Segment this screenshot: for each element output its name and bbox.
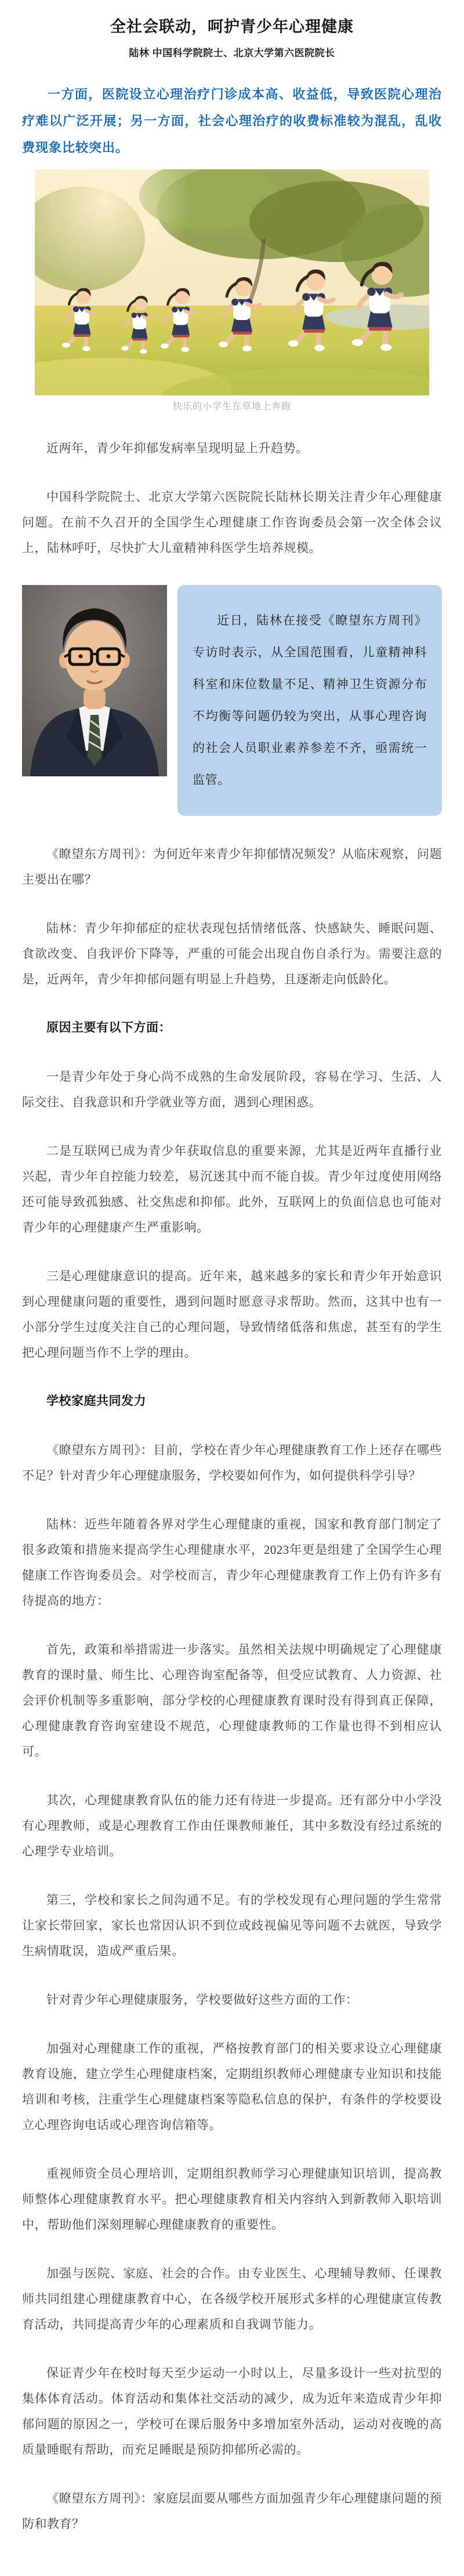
- article-paragraph: 近两年，青少年抑郁发病率呈现明显上升趋势。: [22, 435, 442, 461]
- hero-figure: 快乐的小学生在草地上奔跑: [22, 169, 442, 412]
- article-page: 全社会联动，呵护青少年心理健康 陆林 中国科学院院士、北京大学第六医院院长 一方…: [22, 0, 442, 2576]
- hero-photo: [35, 169, 429, 395]
- article-paragraph: 重视师资全员心理培训，定期组织教师学习心理健康知识培训，提高教师整体心理健康教育…: [22, 2161, 442, 2237]
- hero-caption: 快乐的小学生在草地上奔跑: [22, 399, 442, 412]
- portrait-photo: [22, 585, 167, 776]
- lead-paragraph: 一方面，医院设立心理治疗门诊成本高、收益低，导致医院心理治疗难以广泛开展；另一方…: [22, 81, 442, 161]
- article-paragraph: 陆林：近些年随着各界对学生心理健康的重视，国家和教育部门制定了很多政策和措施来提…: [22, 1512, 442, 1614]
- article-title: 全社会联动，呵护青少年心理健康: [22, 14, 442, 37]
- article-paragraph: 其次，心理健康教育队伍的能力还有待进一步提高。还有部分中小学没有心理教师，或是心…: [22, 1787, 442, 1864]
- article-paragraph: 加强与医院、家庭、社会的合作。由专业医生、心理辅导教师、任课教师共同组建心理健康…: [22, 2261, 442, 2337]
- article-byline: 陆林 中国科学院院士、北京大学第六医院院长: [22, 45, 442, 59]
- section-heading: 原因主要有以下方面：: [22, 1015, 442, 1041]
- article-paragraph: 三是心理健康意识的提高。近年来，越来越多的家长和青少年开始意识到心理健康问题的重…: [22, 1263, 442, 1365]
- quote-text: 近日，陆林在接受《瞭望东方周刊》专访时表示，从全国范围看，儿童精神科科室和床位数…: [193, 605, 427, 796]
- article-paragraph: 针对青少年心理健康服务，学校要做好这些方面的工作：: [22, 1987, 442, 2012]
- article-paragraph: 第三，学校和家长之间沟通不足。有的学校发现有心理问题的学生常常让家长带回家，家长…: [22, 1887, 442, 1964]
- article-paragraph: 二是互联网已成为青少年获取信息的重要来源，尤其是近两年直播行业兴起，青少年自控能…: [22, 1138, 442, 1240]
- portrait-quote-row: 近日，陆林在接受《瞭望东方周刊》专访时表示，从全国范围看，儿童精神科科室和床位数…: [22, 585, 442, 816]
- quote-box: 近日，陆林在接受《瞭望东方周刊》专访时表示，从全国范围看，儿童精神科科室和床位数…: [177, 585, 442, 816]
- article-paragraph: 《瞭望东方周刊》：为何近年来青少年抑郁情况频发？从临床观察，问题主要出在哪？: [22, 841, 442, 892]
- article-paragraph: 陆林：青少年抑郁症的症状表现包括情绪低落、快感缺失、睡眠问题、食欲改变、自我评价…: [22, 915, 442, 992]
- article-paragraph: 中国科学院院士、北京大学第六医院院长陆林长期关注青少年心理健康问题。在前不久召开…: [22, 484, 442, 561]
- article-paragraph: 加强对心理健康工作的重视，严格按教育部门的相关要求设立心理健康教育设施，建立学生…: [22, 2036, 442, 2138]
- article-paragraph: 《瞭望东方周刊》：家庭层面要从哪些方面加强青少年心理健康问题的预防和教育？: [22, 2486, 442, 2537]
- intro-paragraphs: 近两年，青少年抑郁发病率呈现明显上升趋势。中国科学院院士、北京大学第六医院院长陆…: [22, 435, 442, 561]
- article-paragraph: 首先，政策和举措需进一步落实。虽然相关法规中明确规定了心理健康教育的课时量、师生…: [22, 1637, 442, 1764]
- article-paragraph: 《瞭望东方周刊》：目前，学校在青少年心理健康教育工作上还存在哪些不足？针对青少年…: [22, 1437, 442, 1488]
- article-paragraph: 一是青少年处于身心尚不成熟的生命发展阶段，容易在学习、生活、人际交往、自我意识和…: [22, 1064, 442, 1115]
- article-body: 《瞭望东方周刊》：为何近年来青少年抑郁情况频发？从临床观察，问题主要出在哪？陆林…: [22, 841, 442, 2537]
- section-heading: 学校家庭共同发力: [22, 1389, 442, 1414]
- article-paragraph: 保证青少年在校时每天至少运动一小时以上，尽量多设计一些对抗型的集体体育活动。体育…: [22, 2360, 442, 2462]
